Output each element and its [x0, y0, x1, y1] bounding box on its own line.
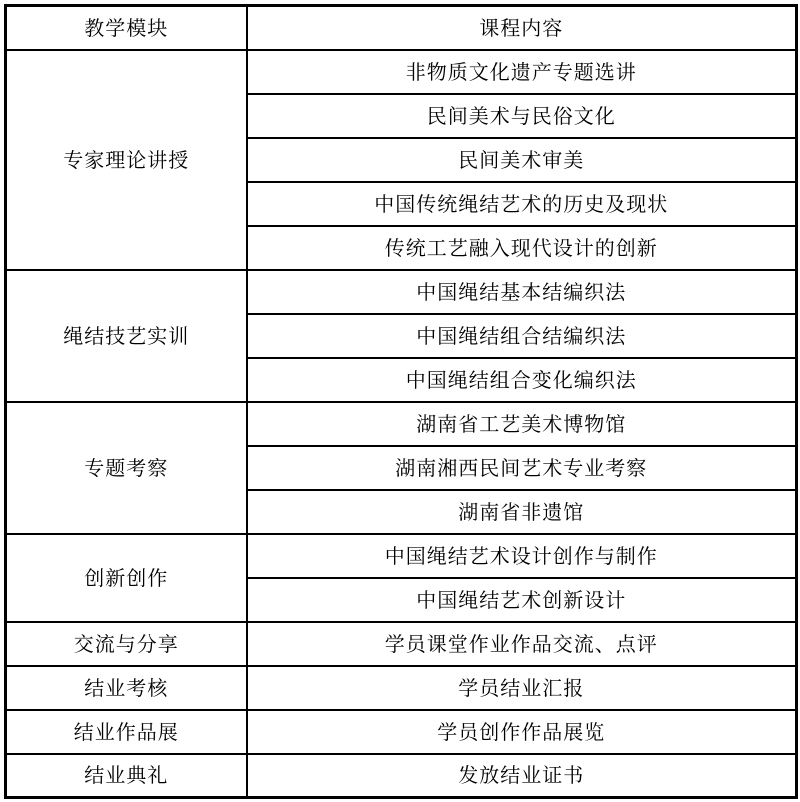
course-cell: 湖南省工艺美术博物馆	[247, 402, 797, 446]
course-cell: 学员课堂作业作品交流、点评	[247, 622, 797, 666]
course-cell: 中国绳结基本结编织法	[247, 270, 797, 314]
course-cell: 学员创作作品展览	[247, 710, 797, 754]
module-cell: 结业作品展	[6, 710, 247, 754]
table-row: 结业典礼 发放结业证书	[6, 754, 797, 798]
table-row: 结业作品展 学员创作作品展览	[6, 710, 797, 754]
course-cell: 非物质文化遗产专题选讲	[247, 50, 797, 94]
module-cell: 结业典礼	[6, 754, 247, 798]
table-row: 专家理论讲授 非物质文化遗产专题选讲	[6, 50, 797, 94]
curriculum-table: 教学模块 课程内容 专家理论讲授 非物质文化遗产专题选讲 民间美术与民俗文化 民…	[4, 4, 798, 799]
course-cell: 民间美术与民俗文化	[247, 94, 797, 138]
module-cell: 交流与分享	[6, 622, 247, 666]
module-cell: 专题考察	[6, 402, 247, 534]
course-cell: 中国绳结组合结编织法	[247, 314, 797, 358]
table-row: 结业考核 学员结业汇报	[6, 666, 797, 710]
course-cell: 中国绳结艺术创新设计	[247, 578, 797, 622]
module-cell: 专家理论讲授	[6, 50, 247, 270]
header-cell-module: 教学模块	[6, 6, 247, 50]
module-cell: 结业考核	[6, 666, 247, 710]
module-cell: 创新创作	[6, 534, 247, 622]
course-cell: 民间美术审美	[247, 138, 797, 182]
header-cell-content: 课程内容	[247, 6, 797, 50]
course-cell: 学员结业汇报	[247, 666, 797, 710]
table-row: 绳结技艺实训 中国绳结基本结编织法	[6, 270, 797, 314]
course-cell: 湖南省非遗馆	[247, 490, 797, 534]
header-row: 教学模块 课程内容	[6, 6, 797, 50]
course-cell: 发放结业证书	[247, 754, 797, 798]
table-row: 专题考察 湖南省工艺美术博物馆	[6, 402, 797, 446]
course-cell: 中国绳结组合变化编织法	[247, 358, 797, 402]
course-cell: 湖南湘西民间艺术专业考察	[247, 446, 797, 490]
course-cell: 中国绳结艺术设计创作与制作	[247, 534, 797, 578]
module-cell: 绳结技艺实训	[6, 270, 247, 402]
course-cell: 传统工艺融入现代设计的创新	[247, 226, 797, 270]
table-row: 创新创作 中国绳结艺术设计创作与制作	[6, 534, 797, 578]
table-row: 交流与分享 学员课堂作业作品交流、点评	[6, 622, 797, 666]
course-cell: 中国传统绳结艺术的历史及现状	[247, 182, 797, 226]
